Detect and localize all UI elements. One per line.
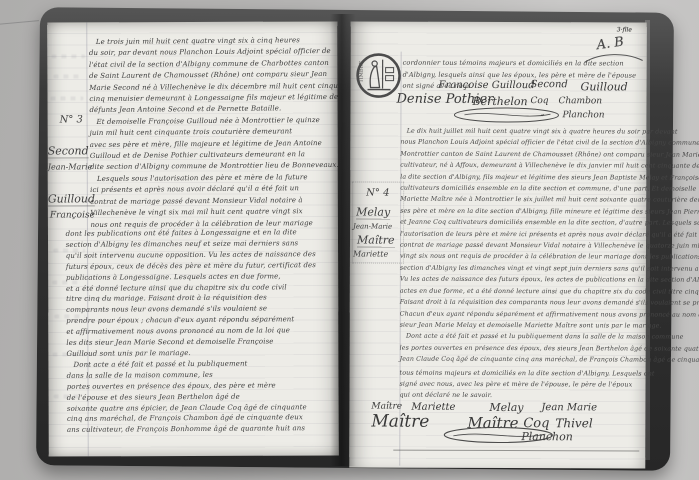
act-separator-rule [393,450,639,452]
fiscal-stamp-icon: TIMBRE [355,51,403,99]
folio-corner-note: 3·flle [617,26,632,33]
stamp-label: TIMBRE [359,61,365,83]
signature-groom: Melay [489,401,523,414]
left-page: N° 3 Second Jean-Marie Guilloud François… [47,21,339,456]
signature-bride-father: Maître [371,402,402,412]
bleed-through-text [53,74,83,78]
signature-bride: Françoise Guilloud [439,80,535,91]
bleed-through-text [51,54,85,58]
signature-groom: Second [531,79,568,90]
signature-father: Guilloud [581,80,628,93]
act3-margin-number: N° 3 [60,114,83,125]
signature-officer: Planchon [562,110,604,120]
act4-margin-groom-firstname: Jean-Marie [353,222,392,230]
signature-flourish [450,106,562,124]
act3-margin-bride-surname: Guilloud [48,192,95,206]
scan-scratch-artifact [0,20,39,25]
act4-margin-bride-surname: Maître [357,234,395,248]
act4-margin-bride-firstname: Mariette [353,249,388,258]
ditto-mark: „ [540,108,544,117]
right-page: 3·flle A. B TIMBRE cordonnier tous témoi… [349,21,647,468]
act3-margin-groom-firstname: Jean-Marie [48,162,93,171]
act4-body: Le dix huit juillet mil huit cent quatre… [400,126,699,367]
act4-closing: tous témoins majeurs et domiciliés en la… [399,368,654,402]
act3-margin-groom-surname: Second [48,144,89,158]
book-gutter-shadow [330,14,356,466]
bleed-through-text [51,96,84,100]
act3-margin-bride-firstname: Françoise [50,210,95,220]
signature-officer: Planchon [521,430,573,443]
scanned-register-photo: N° 3 Second Jean-Marie Guilloud François… [0,0,699,480]
act3-body-lower: dont les publications ont été faites à L… [66,227,318,436]
signature-witness: Coq [530,96,548,106]
signature-witness: Chambon [558,96,602,106]
signature-witness: Thivel [555,416,592,430]
act4-margin-number: N° 4 [366,188,389,199]
act3-body-upper: Le trois juin mil huit cent quatre vingt… [89,35,355,231]
signature-groom-firstname: Jean Marie [541,402,597,413]
signature-witness: Maître [371,412,429,432]
act4-margin-groom-surname: Melay [356,206,390,220]
